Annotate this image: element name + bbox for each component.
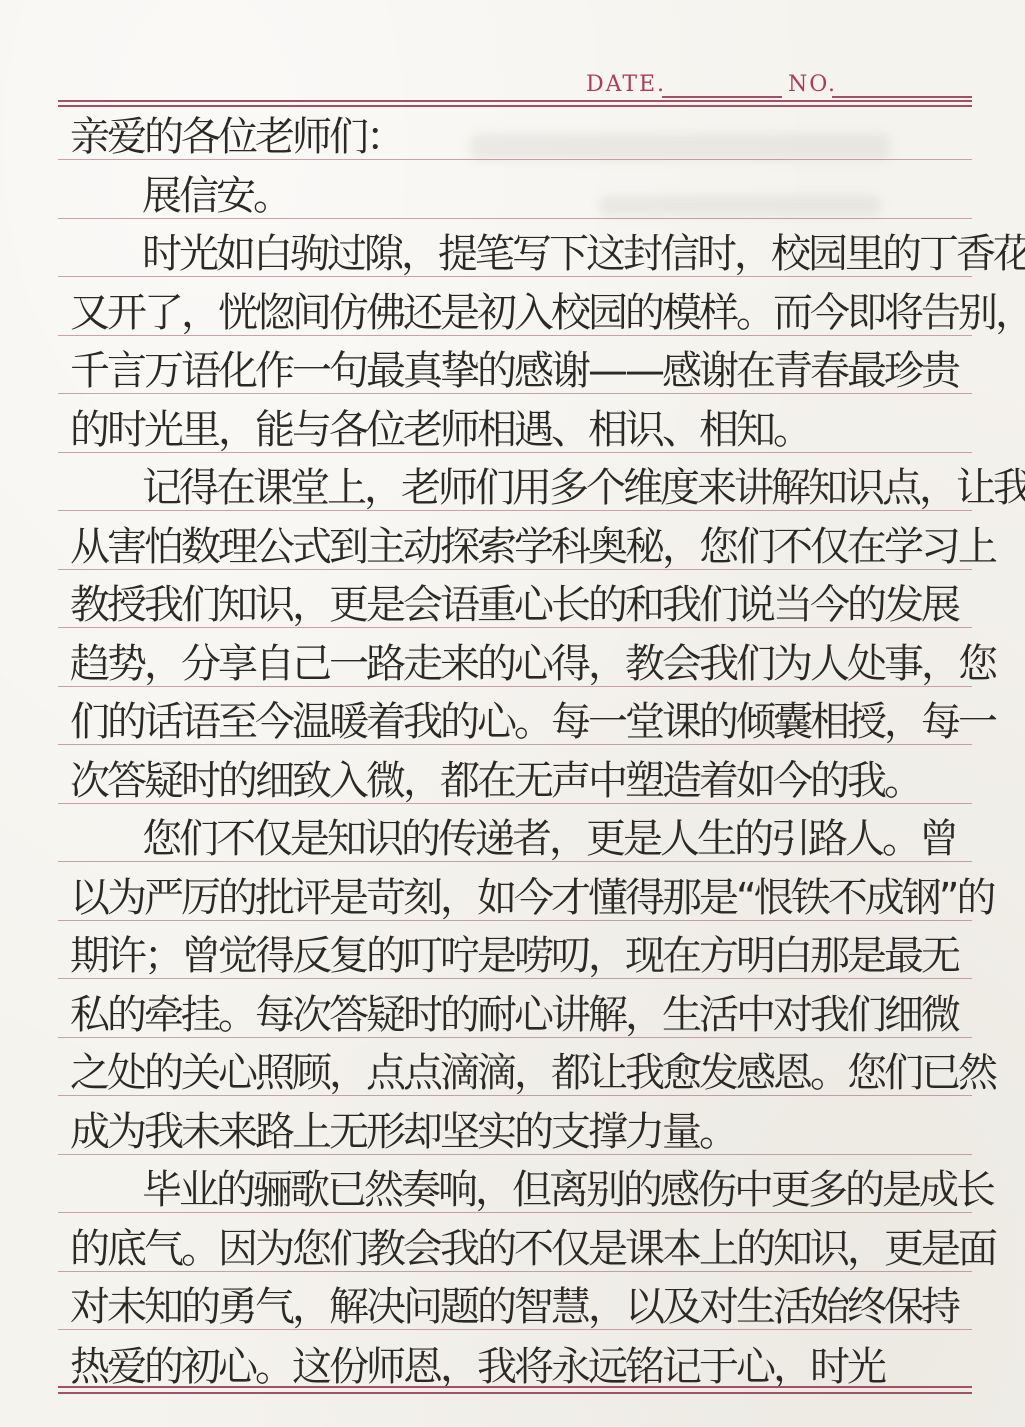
handwritten-text-line: 毕业的骊歌已然奏响，但离别的感伤中更多的是成长 (142, 1170, 993, 1210)
ruled-line-row: 对未知的勇气，解决问题的智慧，以及对生活始终保持 (58, 1272, 972, 1331)
ruled-line-row: 又开了，恍惚间仿佛还是初入校园的模样。而今即将告别， (58, 277, 972, 336)
ruled-line-row: 热爱的初心。这份师恩，我将永远铭记于心，时光 (58, 1330, 972, 1389)
handwritten-text-line: 次答疑时的细致入微，都在无声中塑造着如今的我。 (70, 761, 921, 801)
handwritten-text-line: 期许；曾觉得反复的叮咛是唠叨，现在方明白那是最无 (70, 936, 958, 976)
handwritten-text-line: 千言万语化作一句最真挚的感谢——感谢在青春最珍贵 (70, 351, 958, 391)
handwritten-text-line: 们的话语至今温暖着我的心。每一堂课的倾囊相授，每一 (70, 702, 995, 742)
ruled-line-row: 展信安。 (58, 160, 972, 219)
handwritten-text-line: 以为严厉的批评是苛刻，如今才懂得那是“恨铁不成钢”的 (70, 878, 993, 918)
ruled-line-row: 之处的关心照顾，点点滴滴，都让我愈发感恩。您们已然 (58, 1038, 972, 1097)
ruled-line-row: 期许；曾觉得反复的叮咛是唠叨，现在方明白那是最无 (58, 921, 972, 980)
ruled-line-row: 趋势，分享自己一路走来的心得，教会我们为人处事，您 (58, 628, 972, 687)
handwritten-text-line: 趋势，分享自己一路走来的心得，教会我们为人处事，您 (70, 644, 995, 684)
ruled-line-row: 时光如白驹过隙，提笔写下这封信时，校园里的丁香花 (58, 219, 972, 278)
ruled-line-row: 的时光里，能与各位老师相遇、相识、相知。 (58, 394, 972, 453)
ruled-line-row: 毕业的骊歌已然奏响，但离别的感伤中更多的是成长 (58, 1155, 972, 1214)
date-underline (662, 96, 782, 98)
ruled-line-row: 从害怕数理公式到主动探索学科奥秘，您们不仅在学习上 (58, 511, 972, 570)
ruled-writing-area: 亲爱的各位老师们：展信安。时光如白驹过隙，提笔写下这封信时，校园里的丁香花又开了… (58, 102, 972, 1389)
ruled-line-row: 们的话语至今温暖着我的心。每一堂课的倾囊相授，每一 (58, 687, 972, 746)
handwritten-text-line: 记得在课堂上，老师们用多个维度来讲解知识点，让我 (142, 468, 1025, 508)
handwritten-text-line: 教授我们知识，更是会语重心长的和我们说当今的发展 (70, 585, 958, 625)
ruled-line-row: 次答疑时的细致入微，都在无声中塑造着如今的我。 (58, 745, 972, 804)
handwritten-text-line: 亲爱的各位老师们： (70, 117, 403, 157)
ruled-line-row: 私的牵挂。每次答疑时的耐心讲解，生活中对我们细微 (58, 979, 972, 1038)
ruled-line-row: 教授我们知识，更是会语重心长的和我们说当今的发展 (58, 570, 972, 629)
ruled-line-row: 的底气。因为您们教会我的不仅是课本上的知识，更是面 (58, 1213, 972, 1272)
ruled-line-row: 千言万语化作一句最真挚的感谢——感谢在青春最珍贵 (58, 336, 972, 395)
date-label: DATE. (586, 72, 666, 97)
ruled-line-row: 记得在课堂上，老师们用多个维度来讲解知识点，让我 (58, 453, 972, 512)
handwritten-text-line: 对未知的勇气，解决问题的智慧，以及对生活始终保持 (70, 1287, 958, 1327)
handwritten-text-line: 之处的关心照顾，点点滴滴，都让我愈发感恩。您们已然 (70, 1053, 995, 1093)
handwritten-text-line: 的底气。因为您们教会我的不仅是课本上的知识，更是面 (70, 1229, 995, 1269)
handwritten-text-line: 又开了，恍惚间仿佛还是初入校园的模样。而今即将告别， (70, 293, 1025, 333)
letter-page: DATE. NO. 亲爱的各位老师们：展信安。时光如白驹过隙，提笔写下这封信时，… (0, 0, 1025, 1427)
handwritten-text-line: 热爱的初心。这份师恩，我将永远铭记于心，时光 (70, 1347, 884, 1387)
ruled-line-row: 成为我未来路上无形却坚实的支撑力量。 (58, 1096, 972, 1155)
handwritten-text-line: 您们不仅是知识的传递者，更是人生的引路人。曾 (142, 819, 956, 859)
no-underline (832, 96, 972, 98)
handwritten-text-line: 成为我未来路上无形却坚实的支撑力量。 (70, 1112, 736, 1152)
handwritten-text-line: 的时光里，能与各位老师相遇、相识、相知。 (70, 410, 810, 450)
handwritten-text-line: 展信安。 (142, 176, 290, 216)
no-label: NO. (788, 72, 837, 97)
ruled-line-row: 您们不仅是知识的传递者，更是人生的引路人。曾 (58, 804, 972, 863)
handwritten-text-line: 私的牵挂。每次答疑时的耐心讲解，生活中对我们细微 (70, 995, 958, 1035)
bottom-double-rule (58, 1386, 972, 1394)
handwritten-text-line: 时光如白驹过隙，提笔写下这封信时，校园里的丁香花 (142, 234, 1025, 274)
handwritten-text-line: 从害怕数理公式到主动探索学科奥秘，您们不仅在学习上 (70, 527, 995, 567)
ruled-line-row: 亲爱的各位老师们： (58, 102, 972, 161)
ruled-line-row: 以为严厉的批评是苛刻，如今才懂得那是“恨铁不成钢”的 (58, 862, 972, 921)
